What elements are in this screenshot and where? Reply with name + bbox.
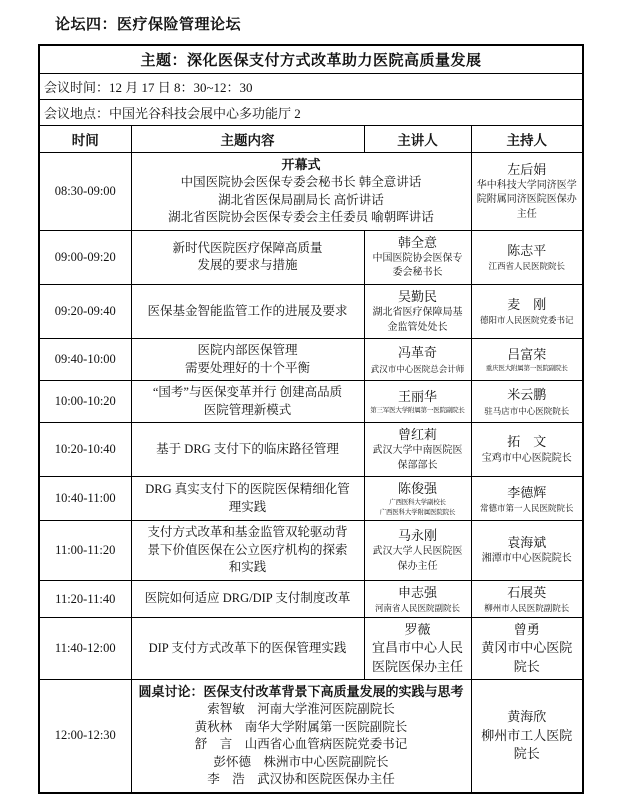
time-cell: 10:00-10:20 [39,381,131,423]
person-affiliation: 黄冈市中心医院院长 [476,639,579,675]
topic-line: 医保基金智能监管工作的进展及要求 [136,303,360,321]
topic-line: 支付方式改革和基金监管双轮驱动背 [136,524,360,542]
person-affiliation: 河南省人民医院副院长 [369,602,467,614]
person-affiliation: 武汉大学中南医院医保部部长 [369,444,467,473]
person-name: 曾红莉 [369,426,467,444]
speaker-cell: 吴勤民湖北省医疗保障局基金监管处处长 [364,284,471,338]
person-name: 罗薇 [369,621,467,639]
time-cell: 11:20-11:40 [39,580,131,618]
person-name: 马永刚 [369,527,467,545]
topic-line: 圆桌讨论：医保支付改革背景下高质量发展的实践与思考 [136,683,467,701]
time-cell: 08:30-09:00 [39,153,131,231]
person-name: 李德辉 [476,484,579,502]
time-cell: 09:20-09:40 [39,284,131,338]
person-affiliation: 驻马店市中心医院院长 [476,405,579,417]
agenda-row: 09:00-09:20新时代医院医疗保障高质量发展的要求与措施韩全意中国医院协会… [39,230,583,284]
agenda-row: 10:20-10:40基于 DRG 支付下的临床路径管理曾红莉武汉大学中南医院医… [39,423,583,477]
agenda-table: 主题：深化医保支付方式改革助力医院高质量发展 会议时间：12 月 17 日 8：… [38,44,584,794]
topic-cell: 圆桌讨论：医保支付改革背景下高质量发展的实践与思考索智敏 河南大学淮河医院副院长… [131,679,471,792]
person-name: 申志强 [369,584,467,602]
topic-cell: 开幕式中国医院协会医保专委会秘书长 韩全意讲话湖北省医保局副局长 高忻讲话湖北省… [131,153,471,231]
person-name: 曾勇 [476,621,579,639]
person-name: 吕富荣 [476,346,579,364]
theme-row: 主题：深化医保支付方式改革助力医院高质量发展 [39,45,583,74]
person-name: 吴勤民 [369,288,467,306]
person-affiliation: 广西医科大学附属医院院长 [369,508,467,517]
topic-line: 和实践 [136,559,360,577]
agenda-header-row: 时间 主题内容 主讲人 主持人 [39,126,583,153]
time-cell: 12:00-12:30 [39,679,131,792]
person-name: 陈俊强 [369,480,467,498]
person-affiliation: 湘潭市中心医院院长 [476,552,579,567]
topic-line: 舒 言 山西省心血管病医院党委书记 [136,736,467,754]
person-name: 拓 文 [476,433,579,451]
host-cell: 米云鹏驻马店市中心医院院长 [471,381,583,423]
topic-line: 医院管理新模式 [136,402,360,420]
agenda-body: 08:30-09:00开幕式中国医院协会医保专委会秘书长 韩全意讲话湖北省医保局… [39,153,583,793]
person-affiliation: 武汉大学人民医院医保办主任 [369,545,467,574]
person-affiliation: 常德市第一人民医院院长 [476,502,579,514]
speaker-cell: 王丽华第三军医大学附属第一医院副院长 [364,381,471,423]
topic-line: 基于 DRG 支付下的临床路径管理 [136,441,360,459]
host-cell: 袁海斌湘潭市中心医院院长 [471,521,583,581]
person-name: 米云鹏 [476,386,579,404]
speaker-cell: 马永刚武汉大学人民医院医保办主任 [364,521,471,581]
person-affiliation: 第三军医大学附属第一医院副院长 [369,406,467,415]
meeting-theme: 主题：深化医保支付方式改革助力医院高质量发展 [39,45,583,74]
host-cell: 吕富荣重庆医大附属第一医院副院长 [471,339,583,381]
person-name: 麦 刚 [476,296,579,314]
person-name: 陈志平 [476,242,579,260]
person-name: 韩全意 [369,234,467,252]
person-name: 黄海欣 [476,708,579,726]
topic-cell: 医保基金智能监管工作的进展及要求 [131,284,364,338]
topic-line: DRG 真实支付下的医院医保精细化管 [136,481,360,499]
time-cell: 10:40-11:00 [39,477,131,521]
person-affiliation: 柳州市工人医院院长 [476,727,579,763]
topic-line: 索智敏 河南大学淮河医院副院长 [136,701,467,719]
column-header-host: 主持人 [471,126,583,153]
agenda-row: 12:00-12:30圆桌讨论：医保支付改革背景下高质量发展的实践与思考索智敏 … [39,679,583,792]
person-affiliation: 德阳市人民医院党委书记 [476,314,579,326]
agenda-row: 11:20-11:40医院如何适应 DRG/DIP 支付制度改革申志强河南省人民… [39,580,583,618]
topic-cell: 基于 DRG 支付下的临床路径管理 [131,423,364,477]
topic-line: 李 浩 武汉协和医院医保办主任 [136,771,467,789]
person-affiliation: 广西医科大学副校长 [369,498,467,507]
person-name: 冯革奇 [369,344,467,362]
time-cell: 10:20-10:40 [39,423,131,477]
topic-cell: 医院如何适应 DRG/DIP 支付制度改革 [131,580,364,618]
person-affiliation: 中国医院协会医保专委会秘书长 [369,252,467,281]
time-cell: 11:40-12:00 [39,618,131,680]
topic-line: “国考”与医保变革并行 创建高品质 [136,384,360,402]
host-cell: 麦 刚德阳市人民医院党委书记 [471,284,583,338]
person-affiliation: 湖北省医疗保障局基金监管处处长 [369,306,467,335]
time-cell: 09:00-09:20 [39,230,131,284]
person-affiliation: 宜昌市中心人民医院医保办主任 [369,639,467,675]
meeting-time: 会议时间：12 月 17 日 8：30~12：30 [39,74,583,100]
agenda-row: 08:30-09:00开幕式中国医院协会医保专委会秘书长 韩全意讲话湖北省医保局… [39,153,583,231]
agenda-row: 11:00-11:20支付方式改革和基金监管双轮驱动背景下价值医保在公立医疗机构… [39,521,583,581]
speaker-cell: 罗薇宜昌市中心人民医院医保办主任 [364,618,471,680]
person-affiliation: 宝鸡市中心医院院长 [476,452,579,467]
topic-cell: DIP 支付方式改革下的医保管理实践 [131,618,364,680]
topic-line: 湖北省医院协会医保专委会主任委员 喻朝晖讲话 [136,209,467,227]
column-header-topic: 主题内容 [131,126,364,153]
document-page: 论坛四：医疗保险管理论坛 主题：深化医保支付方式改革助力医院高质量发展 会议时间… [0,0,620,794]
topic-line: 黄秋林 南华大学附属第一医院副院长 [136,719,467,737]
person-affiliation: 柳州市人民医院副院长 [476,602,579,614]
host-cell: 陈志平江西省人民医院院长 [471,230,583,284]
time-cell: 09:40-10:00 [39,339,131,381]
topic-line: 医院如何适应 DRG/DIP 支付制度改革 [136,590,360,608]
agenda-row: 09:40-10:00医院内部医保管理需要处理好的十个平衡冯革奇武汉市中心医院总… [39,339,583,381]
meeting-location: 会议地点：中国光谷科技会展中心多功能厅 2 [39,100,583,126]
topic-line: 中国医院协会医保专委会秘书长 韩全意讲话 [136,174,467,192]
person-affiliation: 江西省人民医院院长 [476,260,579,272]
speaker-cell: 申志强河南省人民医院副院长 [364,580,471,618]
speaker-cell: 陈俊强广西医科大学副校长广西医科大学附属医院院长 [364,477,471,521]
topic-line: 景下价值医保在公立医疗机构的探索 [136,542,360,560]
speaker-cell: 韩全意中国医院协会医保专委会秘书长 [364,230,471,284]
person-affiliation: 重庆医大附属第一医院副院长 [476,364,579,373]
host-cell: 石展英柳州市人民医院副院长 [471,580,583,618]
person-affiliation: 华中科技大学同济医学院附属同济医院医保办主任 [476,179,579,223]
person-name: 王丽华 [369,388,467,406]
person-name: 石展英 [476,584,579,602]
meeting-location-row: 会议地点：中国光谷科技会展中心多功能厅 2 [39,100,583,126]
host-cell: 李德辉常德市第一人民医院院长 [471,477,583,521]
speaker-cell: 冯革奇武汉市中心医院总会计师 [364,339,471,381]
topic-line: 发展的要求与措施 [136,257,360,275]
person-name: 左后娟 [476,161,579,179]
topic-cell: “国考”与医保变革并行 创建高品质医院管理新模式 [131,381,364,423]
topic-cell: 新时代医院医疗保障高质量发展的要求与措施 [131,230,364,284]
person-name: 袁海斌 [476,534,579,552]
host-cell: 曾勇黄冈市中心医院院长 [471,618,583,680]
agenda-row: 10:00-10:20“国考”与医保变革并行 创建高品质医院管理新模式王丽华第三… [39,381,583,423]
meeting-time-row: 会议时间：12 月 17 日 8：30~12：30 [39,74,583,100]
time-cell: 11:00-11:20 [39,521,131,581]
topic-line: 需要处理好的十个平衡 [136,360,360,378]
topic-cell: DRG 真实支付下的医院医保精细化管理实践 [131,477,364,521]
column-header-time: 时间 [39,126,131,153]
agenda-row: 11:40-12:00DIP 支付方式改革下的医保管理实践罗薇宜昌市中心人民医院… [39,618,583,680]
topic-line: 理实践 [136,499,360,517]
topic-line: 彭怀德 株洲市中心医院副院长 [136,754,467,772]
topic-cell: 医院内部医保管理需要处理好的十个平衡 [131,339,364,381]
host-cell: 黄海欣柳州市工人医院院长 [471,679,583,792]
speaker-cell: 曾红莉武汉大学中南医院医保部部长 [364,423,471,477]
topic-line: 新时代医院医疗保障高质量 [136,240,360,258]
host-cell: 左后娟华中科技大学同济医学院附属同济医院医保办主任 [471,153,583,231]
person-affiliation: 武汉市中心医院总会计师 [369,363,467,375]
agenda-row: 10:40-11:00DRG 真实支付下的医院医保精细化管理实践陈俊强广西医科大… [39,477,583,521]
page-title: 论坛四：医疗保险管理论坛 [55,13,582,34]
agenda-row: 09:20-09:40医保基金智能监管工作的进展及要求吴勤民湖北省医疗保障局基金… [39,284,583,338]
host-cell: 拓 文宝鸡市中心医院院长 [471,423,583,477]
topic-cell: 支付方式改革和基金监管双轮驱动背景下价值医保在公立医疗机构的探索和实践 [131,521,364,581]
topic-line: DIP 支付方式改革下的医保管理实践 [136,640,360,658]
topic-line: 开幕式 [136,156,467,174]
topic-line: 湖北省医保局副局长 高忻讲话 [136,192,467,210]
column-header-speaker: 主讲人 [364,126,471,153]
topic-line: 医院内部医保管理 [136,342,360,360]
